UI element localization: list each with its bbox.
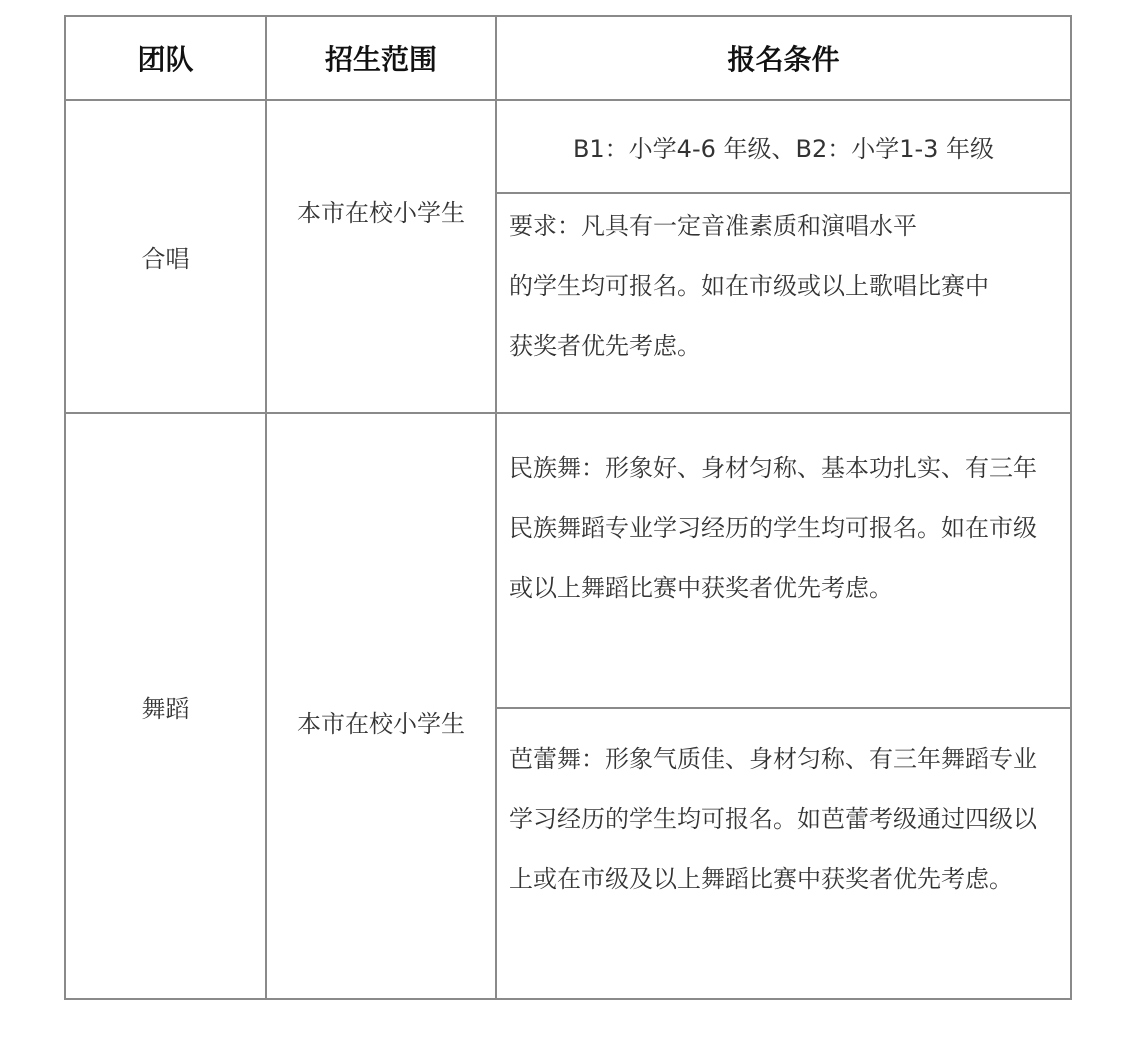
enrollment-table: 团队 招生范围 报名条件 合唱 本市在校小学生 B1：小学4-6 年级、B2：小…: [64, 15, 1072, 1000]
header-scope: 招生范围: [265, 15, 497, 101]
header-team: 团队: [64, 15, 267, 101]
ballet-requirements: 芭蕾舞：形象气质佳、身材匀称、有三年舞蹈专业学习经历的学生均可报名。如芭蕾考级通…: [495, 707, 1072, 1000]
choir-requirements: 要求：凡具有一定音准素质和演唱水平 的学生均可报名。如在市级或以上歌唱比赛中 获…: [495, 192, 1072, 414]
scope-choir: 本市在校小学生: [265, 99, 497, 414]
folk-dance-requirements: 民族舞：形象好、身材匀称、基本功扎实、有三年民族舞蹈专业学习经历的学生均可报名。…: [495, 412, 1072, 709]
choir-grade-groups: B1：小学4-6 年级、B2：小学1-3 年级: [495, 99, 1072, 194]
team-choir: 合唱: [64, 99, 267, 414]
header-conditions: 报名条件: [495, 15, 1072, 101]
team-dance: 舞蹈: [64, 412, 267, 1000]
scope-dance: 本市在校小学生: [265, 412, 497, 1000]
